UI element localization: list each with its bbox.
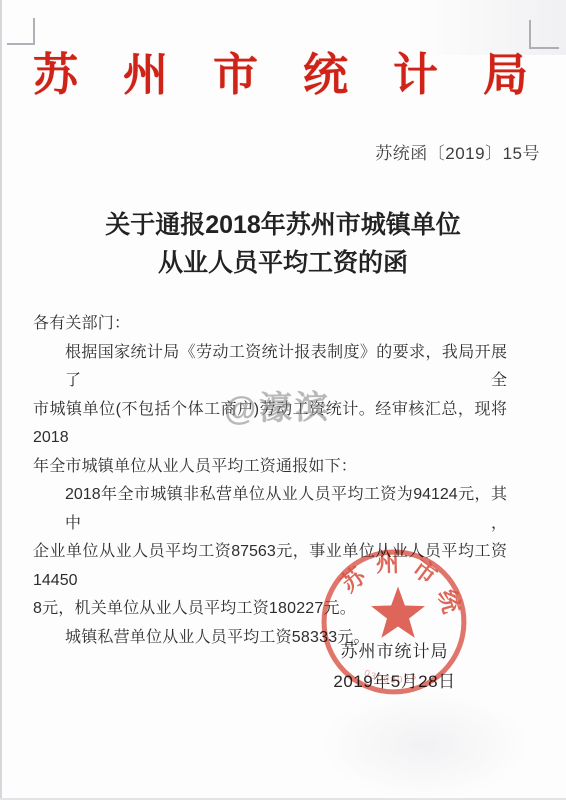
page-left-edge (0, 0, 2, 800)
signature-block: 苏州市统计局 2019年5月28日 (297, 637, 492, 692)
signature-org: 苏州市统计局 (297, 637, 492, 662)
body-line: 2018年全市城镇非私营单位从业人员平均工资为94124元，其中， (33, 481, 507, 538)
salutation-line: 各有关部门： (33, 310, 507, 339)
document-title-line2: 从业人员平均工资的函 (0, 244, 566, 282)
letter-body: 各有关部门： 根据国家统计局《劳动工资统计报表制度》的要求，我局开展了全 市城镇… (33, 310, 507, 652)
document-title: 关于通报2018年苏州市城镇单位 从业人员平均工资的函 (0, 206, 566, 282)
corner-crop-mark-right (529, 20, 559, 49)
document-title-line1: 关于通报2018年苏州市城镇单位 (0, 206, 566, 244)
corner-crop-mark-left (7, 18, 35, 45)
scan-shading-bottom-right (320, 690, 530, 800)
body-line: 年全市城镇单位从业人员平均工资通报如下： (33, 453, 507, 482)
signature-date: 2019年5月28日 (297, 667, 492, 692)
official-letter-page: 苏州市统计局 苏统函〔2019〕15号 关于通报2018年苏州市城镇单位 从业人… (0, 0, 566, 800)
agency-masthead: 苏州市统计局 (33, 50, 528, 100)
body-line: 8元，机关单位从业人员平均工资180227元。 (33, 595, 507, 624)
document-number: 苏统函〔2019〕15号 (375, 139, 540, 164)
watermark: @濠滨 (224, 381, 332, 430)
body-line: 企业单位从业人员平均工资87563元，事业单位从业人员平均工资14450 (33, 538, 507, 595)
